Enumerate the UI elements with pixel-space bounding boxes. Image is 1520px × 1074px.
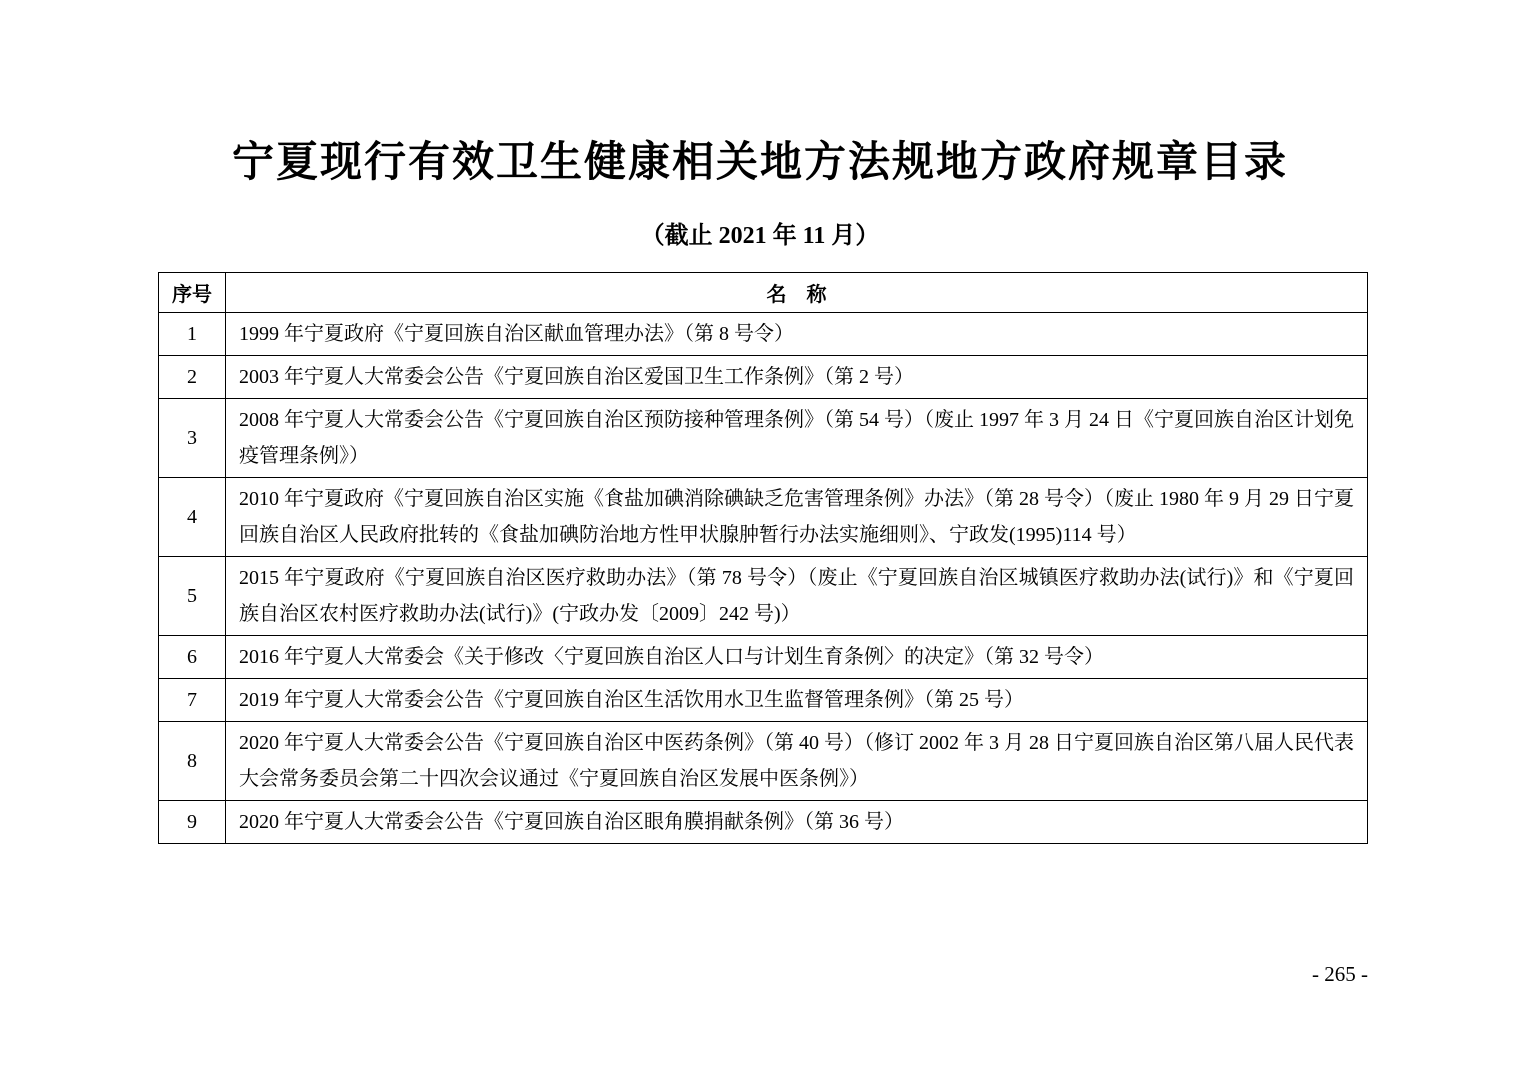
table-row: 1 1999 年宁夏政府《宁夏回族自治区献血管理办法》（第 8 号令） (159, 313, 1368, 356)
row-name: 2015 年宁夏政府《宁夏回族自治区医疗救助办法》（第 78 号令）（废止《宁夏… (226, 557, 1368, 636)
table-header: 序号 名 称 (159, 273, 1368, 313)
column-header-name: 名 称 (226, 273, 1368, 313)
row-number: 6 (159, 636, 226, 679)
document-page: { "page": { "title": "宁夏现行有效卫生健康相关地方法规地方… (0, 0, 1520, 1074)
row-number: 5 (159, 557, 226, 636)
row-number: 4 (159, 478, 226, 557)
table-row: 2 2003 年宁夏人大常委会公告《宁夏回族自治区爱国卫生工作条例》（第 2 号… (159, 356, 1368, 399)
row-name: 2020 年宁夏人大常委会公告《宁夏回族自治区眼角膜捐献条例》（第 36 号） (226, 801, 1368, 844)
table-row: 4 2010 年宁夏政府《宁夏回族自治区实施《食盐加碘消除碘缺乏危害管理条例》办… (159, 478, 1368, 557)
row-name: 1999 年宁夏政府《宁夏回族自治区献血管理办法》（第 8 号令） (226, 313, 1368, 356)
table-row: 9 2020 年宁夏人大常委会公告《宁夏回族自治区眼角膜捐献条例》（第 36 号… (159, 801, 1368, 844)
row-number: 9 (159, 801, 226, 844)
row-number: 2 (159, 356, 226, 399)
table-row: 7 2019 年宁夏人大常委会公告《宁夏回族自治区生活饮用水卫生监督管理条例》（… (159, 679, 1368, 722)
page-title: 宁夏现行有效卫生健康相关地方法规地方政府规章目录 (0, 140, 1520, 186)
regulations-table: 序号 名 称 1 1999 年宁夏政府《宁夏回族自治区献血管理办法》（第 8 号… (158, 272, 1368, 844)
page-number: - 265 - (1312, 964, 1368, 985)
row-number: 8 (159, 722, 226, 801)
table-row: 5 2015 年宁夏政府《宁夏回族自治区医疗救助办法》（第 78 号令）（废止《… (159, 557, 1368, 636)
row-name: 2008 年宁夏人大常委会公告《宁夏回族自治区预防接种管理条例》（第 54 号）… (226, 399, 1368, 478)
column-header-no: 序号 (159, 273, 226, 313)
row-name: 2020 年宁夏人大常委会公告《宁夏回族自治区中医药条例》（第 40 号）（修订… (226, 722, 1368, 801)
row-number: 3 (159, 399, 226, 478)
table-row: 6 2016 年宁夏人大常委会《关于修改〈宁夏回族自治区人口与计划生育条例〉的决… (159, 636, 1368, 679)
row-name: 2010 年宁夏政府《宁夏回族自治区实施《食盐加碘消除碘缺乏危害管理条例》办法》… (226, 478, 1368, 557)
table-header-row: 序号 名 称 (159, 273, 1368, 313)
row-number: 7 (159, 679, 226, 722)
row-name: 2003 年宁夏人大常委会公告《宁夏回族自治区爱国卫生工作条例》（第 2 号） (226, 356, 1368, 399)
table-row: 3 2008 年宁夏人大常委会公告《宁夏回族自治区预防接种管理条例》（第 54 … (159, 399, 1368, 478)
page-subtitle: （截止 2021 年 11 月） (0, 224, 1520, 248)
table-body: 1 1999 年宁夏政府《宁夏回族自治区献血管理办法》（第 8 号令） 2 20… (159, 313, 1368, 844)
row-name: 2016 年宁夏人大常委会《关于修改〈宁夏回族自治区人口与计划生育条例〉的决定》… (226, 636, 1368, 679)
table-row: 8 2020 年宁夏人大常委会公告《宁夏回族自治区中医药条例》（第 40 号）（… (159, 722, 1368, 801)
row-name: 2019 年宁夏人大常委会公告《宁夏回族自治区生活饮用水卫生监督管理条例》（第 … (226, 679, 1368, 722)
row-number: 1 (159, 313, 226, 356)
